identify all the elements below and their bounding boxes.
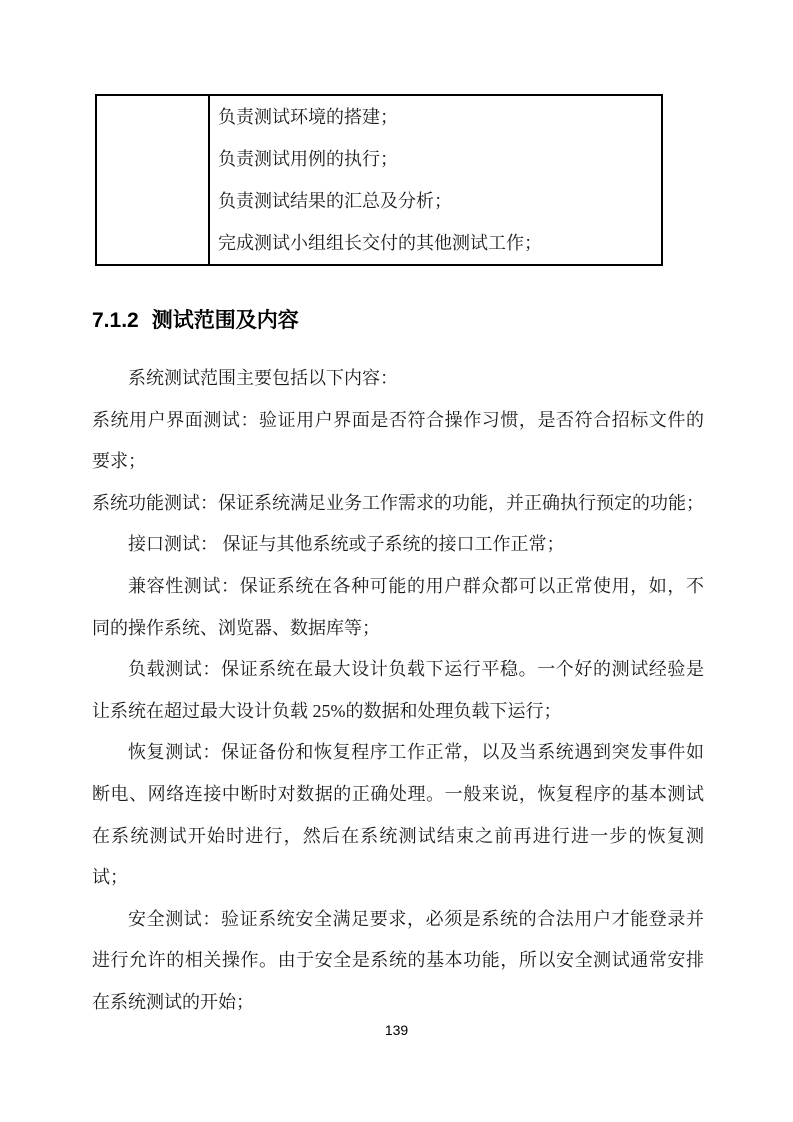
duties-table: 负责测试环境的搭建； 负责测试用例的执行； 负责测试结果的汇总及分析； 完成测试…: [95, 94, 663, 266]
body-line: 让系统在超过最大设计负载 25%的数据和处理负载下运行；: [92, 691, 704, 733]
body-line: 兼容性测试：保证系统在各种可能的用户群众都可以正常使用，如，不: [92, 566, 704, 608]
section-number: 7.1.2: [92, 309, 139, 332]
body-line: 要求；: [92, 441, 704, 483]
document-page: 负责测试环境的搭建； 负责测试用例的执行； 负责测试结果的汇总及分析； 完成测试…: [0, 0, 793, 1122]
body-line: 系统测试范围主要包括以下内容：: [92, 358, 704, 400]
body-line: 负载测试：保证系统在最大设计负载下运行平稳。一个好的测试经验是: [92, 649, 704, 691]
body-line: 系统功能测试：保证系统满足业务工作需求的功能，并正确执行预定的功能；: [92, 483, 704, 525]
section-body: 系统测试范围主要包括以下内容： 系统用户界面测试：验证用户界面是否符合操作习惯，…: [92, 358, 704, 1024]
duty-item: 负责测试结果的汇总及分析；: [218, 180, 661, 222]
duty-item: 负责测试环境的搭建；: [218, 96, 661, 138]
body-line: 进行允许的相关操作。由于安全是系统的基本功能，所以安全测试通常安排: [92, 940, 704, 982]
body-line: 断电、网络连接中断时对数据的正确处理。一般来说，恢复程序的基本测试: [92, 774, 704, 816]
body-line: 恢复测试：保证备份和恢复程序工作正常，以及当系统遇到突发事件如: [92, 732, 704, 774]
body-line: 试；: [92, 857, 704, 899]
body-line: 系统用户界面测试：验证用户界面是否符合操作习惯，是否符合招标文件的: [92, 400, 704, 442]
table-cell-empty: [97, 96, 210, 264]
body-line: 安全测试：验证系统安全满足要求，必须是系统的合法用户才能登录并: [92, 899, 704, 941]
table-cell-duties: 负责测试环境的搭建； 负责测试用例的执行； 负责测试结果的汇总及分析； 完成测试…: [210, 96, 661, 264]
body-line: 在系统测试的开始；: [92, 982, 704, 1024]
section-heading: 7.1.2测试范围及内容: [92, 308, 705, 334]
duty-item: 完成测试小组组长交付的其他测试工作；: [218, 222, 661, 264]
duty-item: 负责测试用例的执行；: [218, 138, 661, 180]
body-line: 在系统测试开始时进行，然后在系统测试结束之前再进行进一步的恢复测: [92, 816, 704, 858]
page-number: 139: [0, 1022, 793, 1038]
body-line: 同的操作系统、浏览器、数据库等；: [92, 608, 704, 650]
body-line: 接口测试： 保证与其他系统或子系统的接口工作正常；: [92, 524, 704, 566]
section-title: 测试范围及内容: [152, 309, 299, 332]
